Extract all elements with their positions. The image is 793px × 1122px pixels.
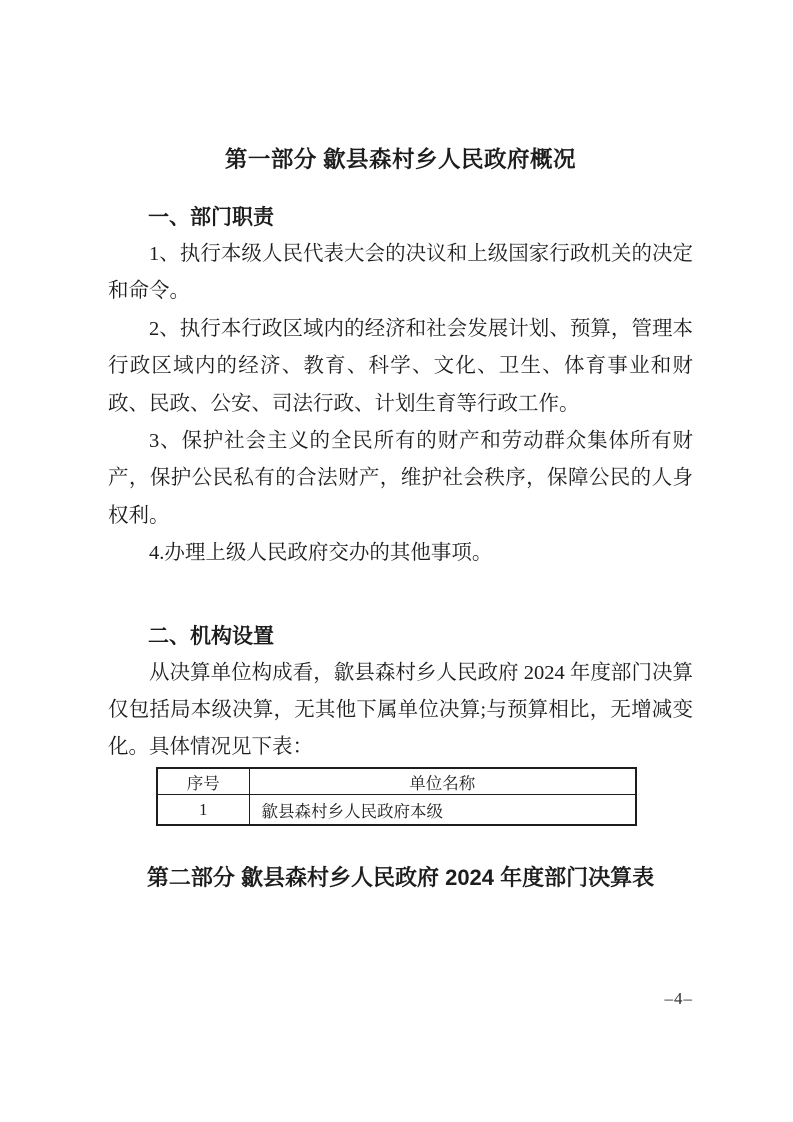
section1-body: 1、执行本级人民代表大会的决议和上级国家行政机关的决定和命令。 2、执行本行政区…	[108, 236, 693, 573]
table-header-unit-name: 单位名称	[249, 768, 636, 795]
table-header-index: 序号	[157, 768, 249, 795]
table-cell-index: 1	[157, 795, 249, 825]
duty-paragraph-3: 3、保护社会主义的全民所有的财产和劳动群众集体所有财产，保护公民私有的合法财产，…	[108, 423, 693, 535]
org-units-table: 序号 单位名称 1 歙县森村乡人民政府本级	[156, 767, 637, 826]
section2-heading: 二、机构设置	[108, 624, 693, 650]
duty-paragraph-2: 2、执行本行政区域内的经济和社会发展计划、预算，管理本行政区域内的经济、教育、科…	[108, 311, 693, 423]
section1-heading: 一、部门职责	[108, 205, 693, 231]
section2-body: 从决算单位构成看，歙县森村乡人民政府 2024 年度部门决算仅包括局本级决算，无…	[108, 655, 693, 767]
part2-title: 第二部分 歙县森村乡人民政府 2024 年度部门决算表	[108, 864, 693, 892]
page-number: –4–	[665, 989, 694, 1009]
part1-title: 第一部分 歙县森村乡人民政府概况	[108, 147, 693, 173]
table-cell-unit-name: 歙县森村乡人民政府本级	[249, 795, 636, 825]
duty-paragraph-4: 4.办理上级人民政府交办的其他事项。	[108, 535, 693, 572]
table-header-row: 序号 单位名称	[157, 768, 636, 795]
table-row: 1 歙县森村乡人民政府本级	[157, 795, 636, 825]
duty-paragraph-1: 1、执行本级人民代表大会的决议和上级国家行政机关的决定和命令。	[108, 236, 693, 311]
document-page: 第一部分 歙县森村乡人民政府概况 一、部门职责 1、执行本级人民代表大会的决议和…	[0, 0, 793, 1122]
org-setup-paragraph: 从决算单位构成看，歙县森村乡人民政府 2024 年度部门决算仅包括局本级决算，无…	[108, 655, 693, 767]
